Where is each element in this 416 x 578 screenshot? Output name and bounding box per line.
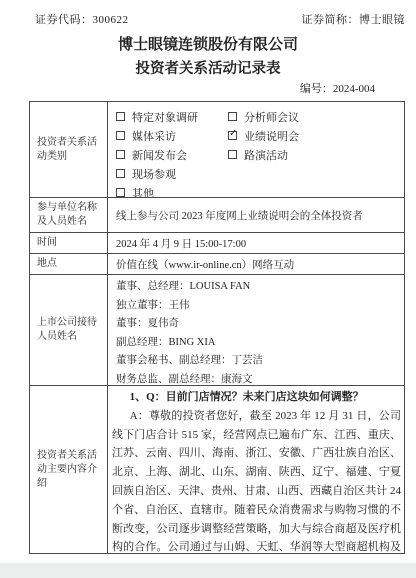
checkbox-icon[interactable]: ✓ (116, 188, 125, 197)
checkbox-icon-checked[interactable]: ✓ (228, 131, 237, 140)
hosts-label: 上市公司接待人员姓名 (30, 275, 108, 385)
host-line: 副总经理：BING XIA (116, 334, 404, 353)
checkbox-label: 路演活动 (244, 147, 288, 163)
table-row-location: 地点 价值在线（www.ir-online.cn）网络互动 (30, 253, 404, 274)
host-line: 董事、总经理：LOUISA FAN (116, 278, 404, 297)
hosts-list: 董事、总经理：LOUISA FAN 独立董事：王伟 董事：夏伟奇 副总经理：BI… (108, 275, 404, 385)
table-row-activity-type: 投资者关系活动类别 ✓ 特定对象调研 ✓ 分析师会议 ✓ 媒体采访 ✓ 业绩说明… (30, 102, 404, 197)
checkbox-label: 媒体采访 (132, 128, 176, 144)
question-text: 1、Q：目前门店情况？未来门店这块如何调整？ (112, 388, 401, 407)
stock-code: 证券代码：300622 (35, 11, 129, 27)
checkbox-icon[interactable]: ✓ (116, 112, 125, 121)
checkbox-label: 业绩说明会 (244, 128, 299, 144)
activity-option-other[interactable]: ✓ 其他________ (116, 185, 228, 197)
participants-value: 线上参与公司 2023 年度网上业绩说明会的全体投资者 (108, 198, 404, 232)
activity-option-media-interview[interactable]: ✓ 媒体采访 (116, 128, 228, 147)
activity-option-press-conference[interactable]: ✓ 新闻发布会 (116, 147, 228, 166)
checkbox-icon[interactable]: ✓ (116, 169, 125, 178)
table-row-time: 时间 2024 年 4 月 9 日 15:00-17:00 (30, 232, 404, 253)
checkbox-icon[interactable]: ✓ (116, 131, 125, 140)
location-label: 地点 (30, 254, 108, 274)
checkbox-icon[interactable]: ✓ (228, 112, 237, 121)
checkbox-icon[interactable]: ✓ (228, 150, 237, 159)
record-table: 投资者关系活动类别 ✓ 特定对象调研 ✓ 分析师会议 ✓ 媒体采访 ✓ 业绩说明… (29, 101, 405, 554)
host-line: 董事会秘书、副总经理：丁芸洁 (116, 352, 404, 371)
table-row-main-content: 投资者关系活动主要内容介绍 1、Q：目前门店情况？未来门店这块如何调整？ A：尊… (30, 385, 404, 553)
activity-type-label: 投资者关系活动类别 (30, 102, 108, 197)
time-label: 时间 (30, 233, 108, 253)
activity-option-roadshow[interactable]: ✓ 路演活动 (228, 147, 404, 166)
page-bottom-edge (0, 563, 416, 578)
host-line: 独立董事：王伟 (116, 297, 404, 316)
checkbox-label: 现场参观 (132, 166, 176, 182)
activity-option-results-briefing[interactable]: ✓ 业绩说明会 (228, 128, 404, 147)
host-line: 董事：夏伟奇 (116, 315, 404, 334)
host-line: 财务总监、副总经理：康海文 (116, 371, 404, 386)
location-value: 价值在线（www.ir-online.cn）网络互动 (108, 254, 404, 274)
activity-option-site-visit[interactable]: ✓ 现场参观 (116, 166, 228, 185)
document-number: 编号：2024-004 (300, 80, 375, 96)
checkbox-label: 新闻发布会 (132, 147, 187, 163)
activity-type-options: ✓ 特定对象调研 ✓ 分析师会议 ✓ 媒体采访 ✓ 业绩说明会 ✓ 新闻发布 (108, 102, 404, 197)
checkbox-label: 特定对象调研 (132, 109, 198, 125)
activity-option-analyst-meeting[interactable]: ✓ 分析师会议 (228, 109, 404, 128)
checkbox-label: 分析师会议 (244, 109, 299, 125)
answer-text: A：尊敬的投资者您好，截至 2023 年 12 月 31 日，公司线下门店合计 … (112, 407, 401, 553)
checkbox-grid: ✓ 特定对象调研 ✓ 分析师会议 ✓ 媒体采访 ✓ 业绩说明会 ✓ 新闻发布 (108, 102, 404, 197)
table-row-hosts: 上市公司接待人员姓名 董事、总经理：LOUISA FAN 独立董事：王伟 董事：… (30, 274, 404, 385)
main-content-label: 投资者关系活动主要内容介绍 (30, 386, 108, 553)
document-title: 投资者关系活动记录表 (0, 57, 416, 78)
table-row-participants: 参与单位名称及人员姓名 线上参与公司 2023 年度网上业绩说明会的全体投资者 (30, 197, 404, 232)
document-page: { "header": { "stock_code_label": "证券代码：… (0, 0, 416, 578)
time-value: 2024 年 4 月 9 日 15:00-17:00 (108, 233, 404, 253)
checkbox-label: 其他________ (132, 185, 198, 197)
stock-abbr: 证券简称：博士眼镜 (302, 11, 406, 27)
checkbox-icon[interactable]: ✓ (116, 150, 125, 159)
document-header-line: 证券代码：300622 证券简称：博士眼镜 (35, 11, 405, 27)
activity-option-research[interactable]: ✓ 特定对象调研 (116, 109, 228, 128)
qa-section: 1、Q：目前门店情况？未来门店这块如何调整？ A：尊敬的投资者您好，截至 202… (108, 386, 404, 553)
company-title: 博士眼镜连锁股份有限公司 (0, 33, 416, 54)
participants-label: 参与单位名称及人员姓名 (30, 198, 108, 232)
